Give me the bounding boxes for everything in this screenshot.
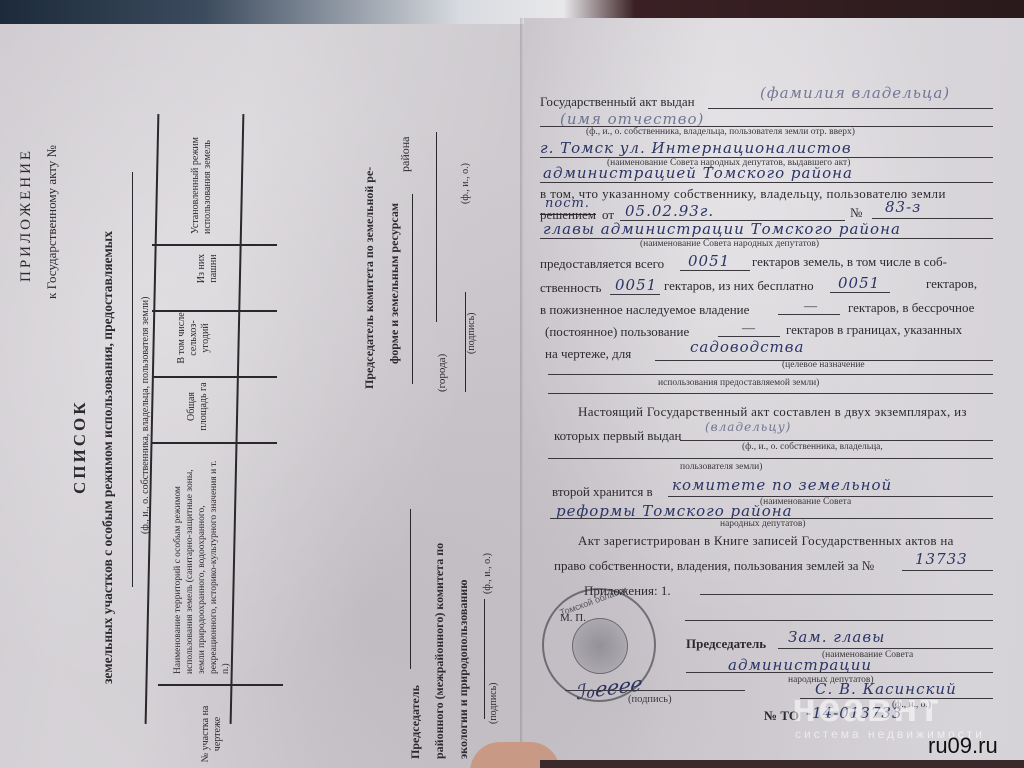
area-total: 0051 <box>688 252 730 270</box>
land-committee-line2: форме и земельным ресурсам <box>387 203 402 364</box>
seal-label: М. П. <box>560 612 586 624</box>
free-label: гектаров, из них бесплатно <box>664 278 814 294</box>
list-subtitle: земельных участков с особым режимом испо… <box>100 231 116 684</box>
land-committee-line1: Председатель комитета по земельной ре- <box>362 167 377 389</box>
col-header-territory: Наименование территорий с особым режимом… <box>172 454 232 674</box>
second-caption2: народных депутатов) <box>720 519 806 529</box>
registry-number: 13733 <box>915 550 968 568</box>
copies-text: Настоящий Государственный акт составлен … <box>578 404 967 420</box>
ecology-committee-line3: экологии и природопользованию <box>456 580 471 759</box>
watermark-brand: неавнт <box>792 686 941 731</box>
lifetime-label: в пожизненное наследуемое владение <box>540 302 749 318</box>
watermark-site: ru09.ru <box>928 733 998 759</box>
first-issued-value: (владельцу) <box>705 420 791 434</box>
permanent-suffix: гектаров в границах, указанных <box>786 322 962 338</box>
area-total-label: предоставляется всего <box>540 256 664 272</box>
permanent-label: (постоянное) пользование <box>545 324 689 340</box>
drawing-label: на чертеже, для <box>545 346 631 362</box>
first-caption2: пользователя земли) <box>680 462 762 472</box>
number-label: № <box>850 205 862 221</box>
list-title: СПИСОК <box>70 399 90 494</box>
purpose-caption2: использования предоставляемой земли) <box>658 378 819 388</box>
ecology-committee-line1: Председатель <box>408 685 423 759</box>
left-page: ПРИЛОЖЕНИЕ к Государственному акту № СПИ… <box>0 24 528 768</box>
first-caption1: (ф., и., о. собственника, владельца, <box>742 442 883 452</box>
land-signature-caption: (подпись) <box>466 312 477 354</box>
owner-caption: (ф., и., о. собственника, владельца, пол… <box>586 127 855 137</box>
area-free: 0051 <box>838 274 880 292</box>
seal-emblem <box>572 618 628 674</box>
col-header-arable: Из них пашни <box>196 241 220 296</box>
authority-caption: (наименование Совета народных депутатов) <box>640 239 819 249</box>
decision-date: 05.02.93г. <box>625 202 714 220</box>
chairman-value1: Зам. главы <box>788 628 885 646</box>
authority-value: главы администрации Томского района <box>543 220 901 238</box>
appendix-subtitle: к Государственному акту № <box>44 145 60 299</box>
col-header-agri: В том числе сельхоз-угодий <box>176 308 212 368</box>
ecology-name-caption: (ф., и., о.) <box>482 553 493 594</box>
district-caption: района <box>398 137 413 173</box>
purpose-value: садоводства <box>690 338 804 356</box>
appendix-title: ПРИЛОЖЕНИЕ <box>18 148 35 282</box>
hectares-suffix: гектаров, <box>926 276 977 292</box>
area-lifetime: — <box>804 298 817 314</box>
col-header-total-area: Общая площадь га <box>186 379 210 434</box>
signature-caption: (подпись) <box>628 694 672 705</box>
council-value2: администрацией Томского района <box>543 164 853 182</box>
col-header-regime: Установленный режим использования земель <box>190 124 214 234</box>
issued-to-value: (фамилия владельца) <box>760 84 950 102</box>
second-label: второй хранится в <box>552 484 653 500</box>
background-bottom <box>540 760 1024 768</box>
first-issued-label: которых первый выдан <box>554 428 682 444</box>
council-value: г. Томск ул. Интернационалистов <box>540 139 852 157</box>
registered-text1: Акт зарегистрирован в Книге записей Госу… <box>578 533 954 549</box>
col-header-plot-number: № участка на чертеже <box>200 704 224 764</box>
issued-to-label: Государственный акт выдан <box>540 94 695 110</box>
area-permanent: — <box>742 320 755 336</box>
purpose-caption1: (целевое назначение <box>782 360 865 370</box>
city-caption: (города) <box>436 354 448 392</box>
ecology-signature-caption: (подпись) <box>488 682 499 724</box>
area-total-suffix: гектаров земель, в том числе в соб- <box>752 254 947 270</box>
chairman-label: Председатель <box>686 636 766 652</box>
lifetime-suffix: гектаров, в бессрочное <box>848 300 974 316</box>
registered-text2: право собственности, владения, пользован… <box>554 558 874 574</box>
land-name-caption: (ф., и., о.) <box>460 163 471 204</box>
ecology-committee-line2: районного (межрайонного) комитета по <box>432 543 447 759</box>
second-value1: комитете по земельной <box>672 476 892 494</box>
decision-number: 83-з <box>885 198 921 216</box>
area-ownership: 0051 <box>615 276 657 294</box>
ownership-label: ственность <box>540 280 601 296</box>
